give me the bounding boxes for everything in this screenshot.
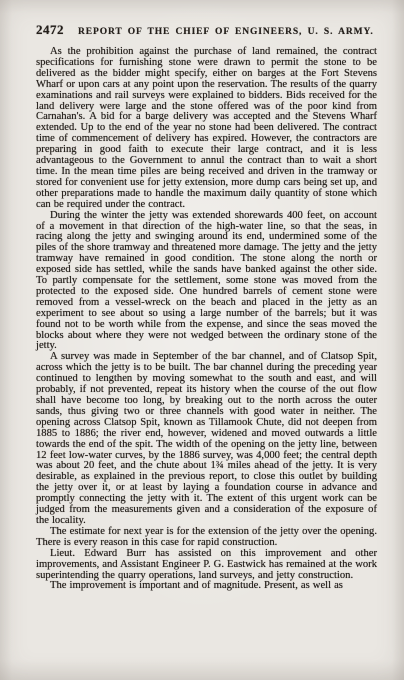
paragraph-next-year-estimate: The estimate for next year is for the ex… [36,527,377,549]
paragraph-september-survey: A survey was made in September of the ba… [36,352,377,527]
scanned-document-page: 2472 REPORT OF THE CHIEF OF ENGINEERS, U… [0,0,404,680]
paragraph-personnel: Lieut. Edward Burr has assisted on this … [36,549,377,582]
body-text: As the prohibition against the purchase … [36,47,377,592]
paragraph-contract-specifications: As the prohibition against the purchase … [36,47,377,211]
page-number: 2472 [36,22,64,38]
paragraph-winter-jetty-extension: During the winter the jetty was extended… [36,211,377,353]
paragraph-improvement-importance: The improvement is important and of magn… [36,581,377,592]
page-header: 2472 REPORT OF THE CHIEF OF ENGINEERS, U… [36,22,374,38]
running-title: REPORT OF THE CHIEF OF ENGINEERS, U. S. … [78,27,374,37]
